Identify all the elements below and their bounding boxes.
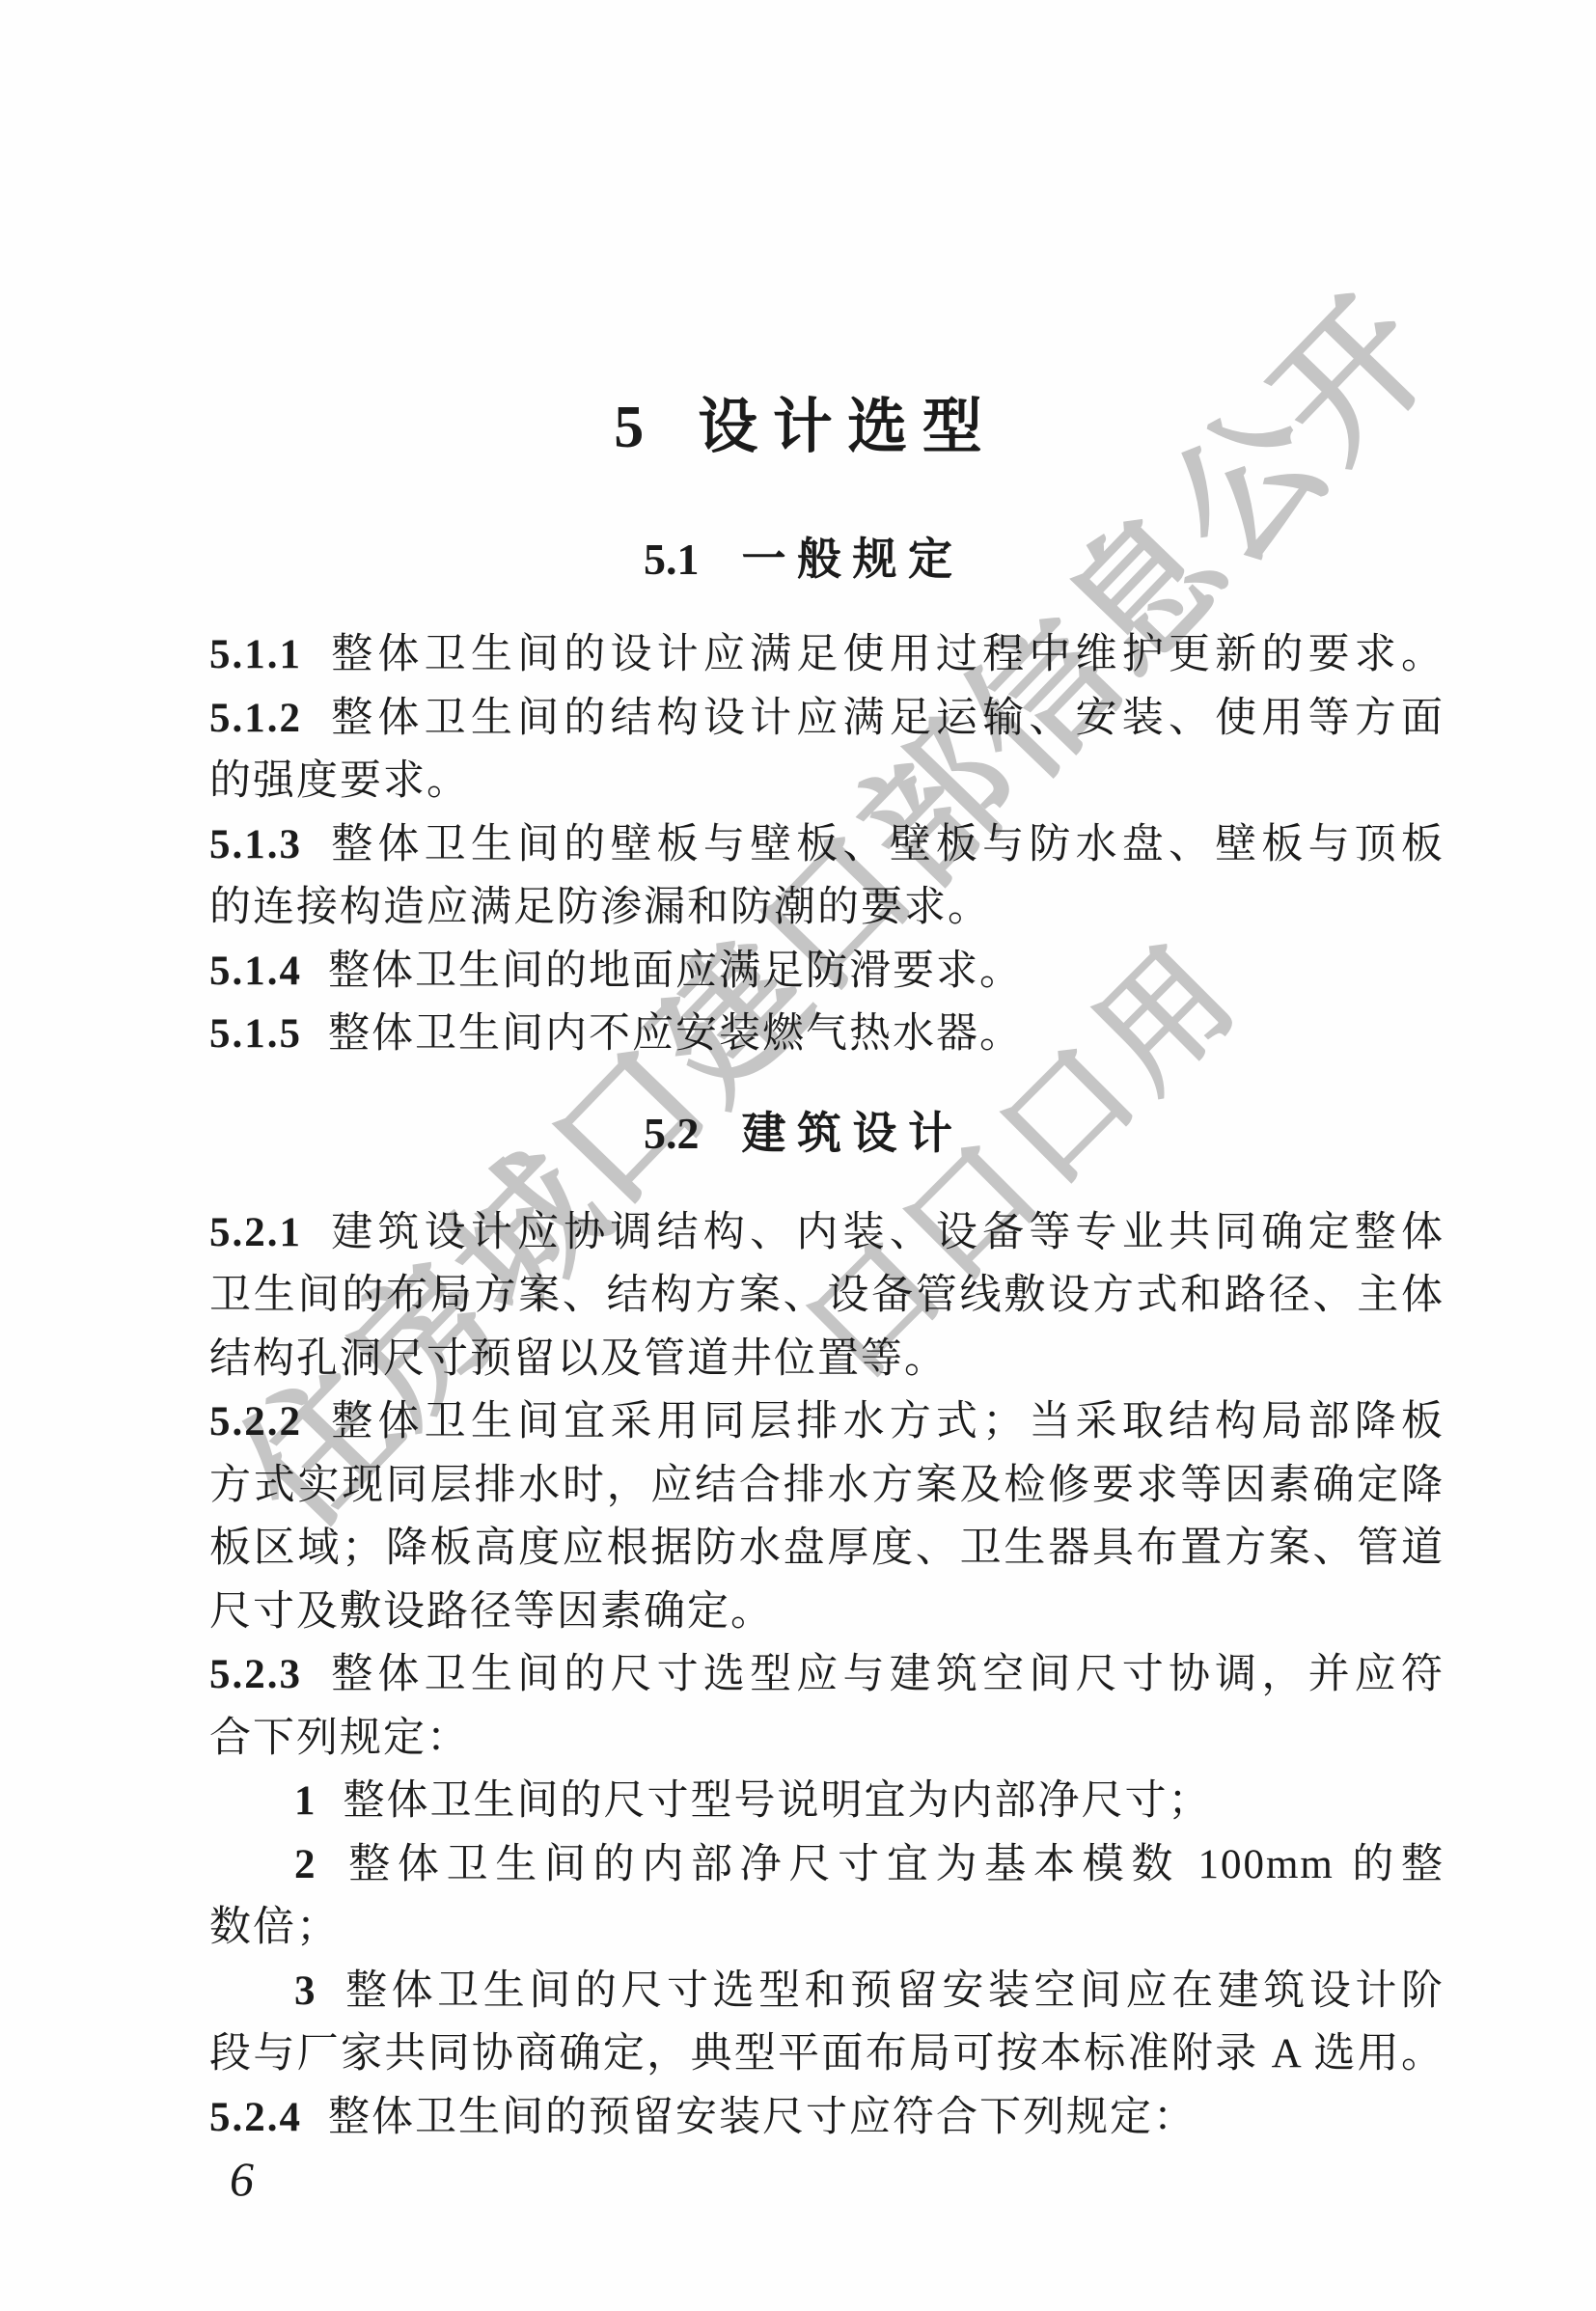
document-body: 5设 计 选 型 5.1一 般 规 定 5.1.1整体卫生间的设计应满足使用过程… [209,0,1445,2149]
clause-number: 1 [294,1778,317,1824]
clause-line: 5.1.4整体卫生间的地面应满足防滑要求。 [209,940,1445,1004]
clause-text: 整体卫生间宜采用同层排水方式；当采取结构局部降板 [328,1399,1445,1444]
clause-number: 5.2.1 [209,1210,302,1255]
clause-text: 整体卫生间的设计应满足使用过程中维护更新的要求。 [328,632,1445,677]
section-number: 5.1 [644,535,700,584]
clause-number: 5.1.1 [209,632,302,677]
clause-text: 整体卫生间的尺寸选型和预留安装空间应在建筑设计阶 [344,1968,1445,2014]
clause-number: 5.1.4 [209,949,302,994]
document-page: 住房城口建口部信息公开 口口口用 5设 计 选 型 5.1一 般 规 定 5.1… [0,0,1596,2311]
clause-text: 数倍； [209,1905,340,1950]
section-heading: 5.2建 筑 设 计 [0,1107,1596,1161]
clause-text: 板区域；降板高度应根据防水盘厚度、卫生器具布置方案、管道 [209,1526,1445,1571]
clause-text: 段与厂家共同协商确定，典型平面布局可按本标准附录 A 选用。 [209,2031,1445,2077]
clause-text: 建筑设计应协调结构、内装、设备等专业共同确定整体 [328,1210,1445,1255]
clause-line: 5.2.1建筑设计应协调结构、内装、设备等专业共同确定整体 [209,1201,1445,1265]
clause-text: 整体卫生间的壁板与壁板、壁板与防水盘、壁板与顶板 [328,822,1445,867]
chapter-number: 5 [614,395,644,460]
section-rows: 5.2.1建筑设计应协调结构、内装、设备等专业共同确定整体 卫生间的布局方案、结… [209,1201,1445,2150]
clause-line: 卫生间的布局方案、结构方案、设备管线敷设方式和路径、主体 [209,1264,1445,1328]
clause-line: 1整体卫生间的尺寸型号说明宜为内部净尺寸； [209,1770,1445,1833]
section-title-text: 建 筑 设 计 [742,1109,953,1158]
clause-text: 整体卫生间的尺寸选型应与建筑空间尺寸协调，并应符 [328,1652,1445,1697]
clause-number: 2 [294,1842,317,1887]
clause-line: 5.1.5整体卫生间内不应安装燃气热水器。 [209,1003,1445,1066]
clause-number: 5.1.3 [209,822,302,867]
clause-number: 5.2.4 [209,2095,302,2140]
clause-line: 方式实现同层排水时，应结合排水方案及检修要求等因素确定降 [209,1454,1445,1518]
clause-line: 5.2.2整体卫生间宜采用同层排水方式；当采取结构局部降板 [209,1390,1445,1454]
sections-container: 5.1一 般 规 定 5.1.1整体卫生间的设计应满足使用过程中维护更新的要求。… [209,533,1445,2149]
clause-text: 整体卫生间的地面应满足防滑要求。 [328,949,1023,994]
clause-line: 5.1.1整体卫生间的设计应满足使用过程中维护更新的要求。 [209,623,1445,687]
clause-line: 板区域；降板高度应根据防水盘厚度、卫生器具布置方案、管道 [209,1517,1445,1581]
clause-number: 5.2.2 [209,1399,302,1444]
page-number: 6 [230,2150,254,2208]
section-heading: 5.1一 般 规 定 [0,533,1596,587]
clause-line: 5.2.4整体卫生间的预留安装尺寸应符合下列规定： [209,2086,1445,2150]
clause-text: 合下列规定： [209,1716,470,1761]
section-title-text: 一 般 规 定 [742,535,953,584]
clause-line: 的强度要求。 [209,750,1445,813]
clause-line: 5.1.2整体卫生间的结构设计应满足运输、安装、使用等方面 [209,687,1445,751]
clause-line: 的连接构造应满足防渗漏和防潮的要求。 [209,876,1445,940]
clause-line: 数倍； [209,1896,1445,1960]
clause-line: 5.1.3整体卫生间的壁板与壁板、壁板与防水盘、壁板与顶板 [209,813,1445,877]
section: 5.2建 筑 设 计 5.2.1建筑设计应协调结构、内装、设备等专业共同确定整体… [209,1107,1445,2150]
clause-text: 卫生间的布局方案、结构方案、设备管线敷设方式和路径、主体 [209,1273,1445,1318]
clause-line: 尺寸及敷设路径等因素确定。 [209,1581,1445,1644]
clause-text: 方式实现同层排水时，应结合排水方案及检修要求等因素确定降 [209,1463,1445,1508]
clause-text: 整体卫生间内不应安装燃气热水器。 [328,1011,1023,1057]
clause-number: 5.1.5 [209,1011,302,1057]
clause-text: 的强度要求。 [209,758,470,804]
chapter-title-text: 设 计 选 型 [698,395,982,460]
section: 5.1一 般 规 定 5.1.1整体卫生间的设计应满足使用过程中维护更新的要求。… [209,533,1445,1066]
clause-text: 尺寸及敷设路径等因素确定。 [209,1589,774,1635]
section-number: 5.2 [644,1109,700,1158]
clause-number: 3 [294,1968,317,2014]
clause-line: 结构孔洞尺寸预留以及管道井位置等。 [209,1328,1445,1391]
clause-text: 的连接构造应满足防渗漏和防潮的要求。 [209,885,991,930]
clause-line: 2整体卫生间的内部净尺寸宜为基本模数 100mm 的整 [209,1833,1445,1897]
clause-number: 5.1.2 [209,696,302,741]
clause-line: 合下列规定： [209,1707,1445,1771]
chapter-title: 5设 计 选 型 [0,0,1596,465]
clause-number: 5.2.3 [209,1652,302,1697]
clause-line: 段与厂家共同协商确定，典型平面布局可按本标准附录 A 选用。 [209,2022,1445,2086]
clause-text: 结构孔洞尺寸预留以及管道井位置等。 [209,1336,948,1382]
clause-line: 5.2.3整体卫生间的尺寸选型应与建筑空间尺寸协调，并应符 [209,1643,1445,1707]
section-rows: 5.1.1整体卫生间的设计应满足使用过程中维护更新的要求。 5.1.2整体卫生间… [209,623,1445,1066]
clause-text: 整体卫生间的结构设计应满足运输、安装、使用等方面 [328,696,1445,741]
clause-text: 整体卫生间的尺寸型号说明宜为内部净尺寸； [344,1778,1212,1824]
clause-text: 整体卫生间的预留安装尺寸应符合下列规定： [328,2095,1197,2140]
clause-text: 整体卫生间的内部净尺寸宜为基本模数 100mm 的整 [344,1842,1445,1887]
clause-line: 3整体卫生间的尺寸选型和预留安装空间应在建筑设计阶 [209,1960,1445,2023]
